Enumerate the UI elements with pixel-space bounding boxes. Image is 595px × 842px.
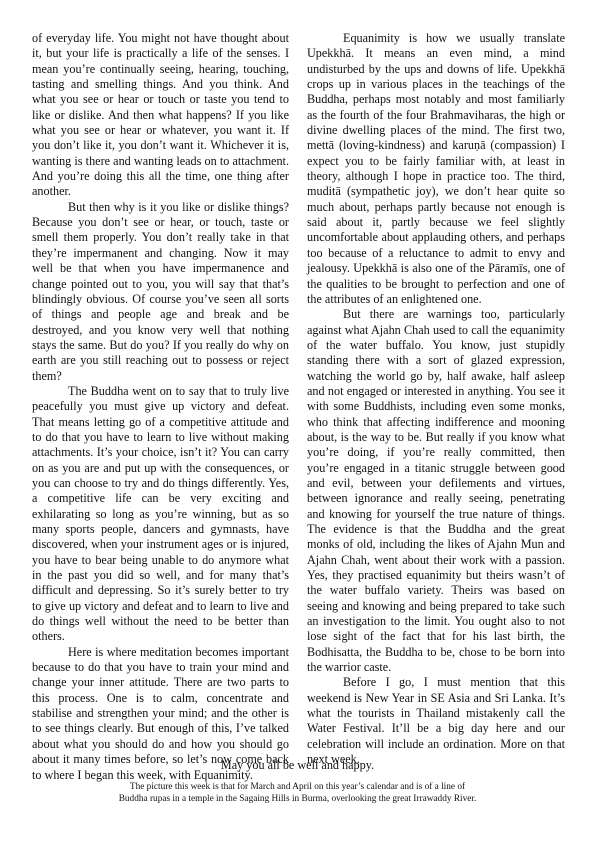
right-column: Equanimity is how we usually translate U… xyxy=(307,31,565,768)
paragraph: But there are warnings too, particularly… xyxy=(307,307,565,675)
left-column: of everyday life. You might not have tho… xyxy=(32,31,289,783)
picture-caption: The picture this week is that for March … xyxy=(0,782,595,805)
paragraph: The Buddha went on to say that to truly … xyxy=(32,384,289,645)
closing-blessing: May you all be well and happy. xyxy=(0,758,595,773)
document-page: of everyday life. You might not have tho… xyxy=(0,0,595,842)
caption-line: Buddha rupas in a temple in the Sagaing … xyxy=(0,794,595,806)
paragraph: But then why is it you like or dislike t… xyxy=(32,200,289,384)
paragraph: of everyday life. You might not have tho… xyxy=(32,31,289,200)
paragraph: Equanimity is how we usually translate U… xyxy=(307,31,565,307)
paragraph: Before I go, I must mention that this we… xyxy=(307,675,565,767)
caption-line: The picture this week is that for March … xyxy=(0,782,595,794)
